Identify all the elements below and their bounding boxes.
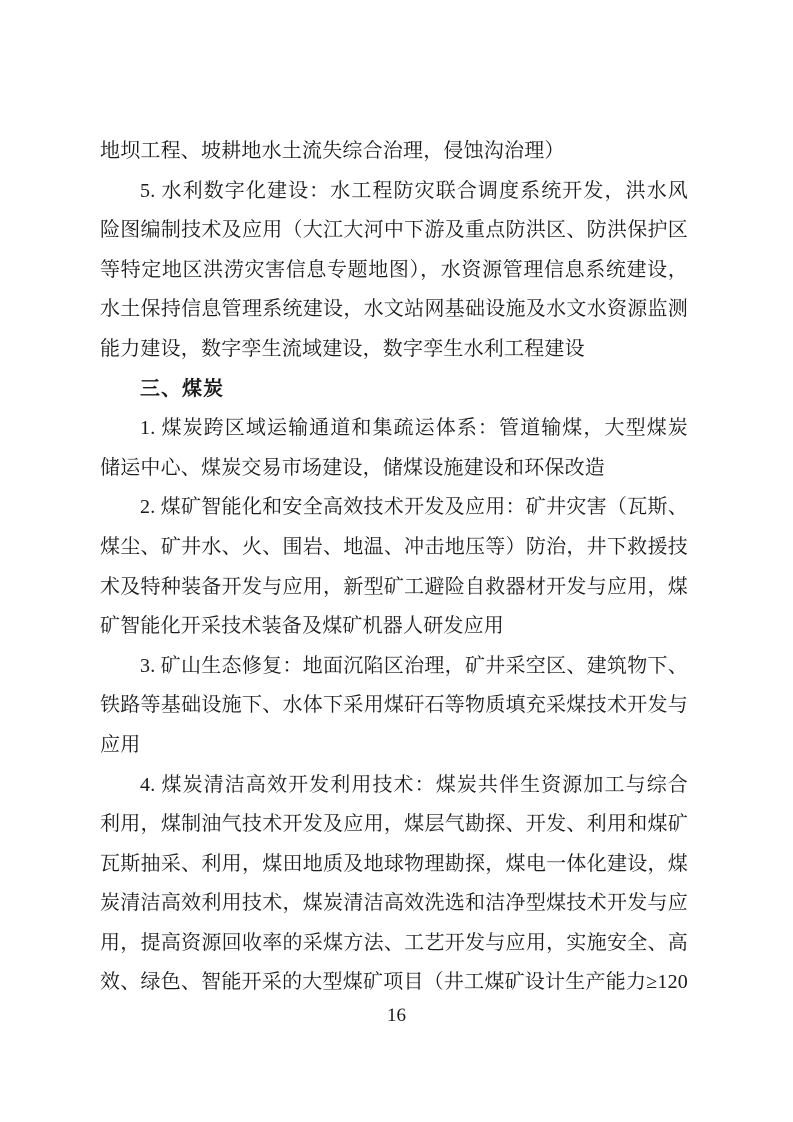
body-text-line: 应用 [100,726,688,766]
body-text-line: 等特定地区洪涝灾害信息专题地图），水资源管理信息系统建设， [100,251,688,291]
body-text-line: 5. 水利数字化建设：水工程防灾联合调度系统开发，洪水风 [100,172,688,212]
body-text-line: 地坝工程、坡耕地水土流失综合治理，侵蚀沟治理） [100,132,688,172]
section-heading: 三、煤炭 [100,370,688,410]
document-text-block: 地坝工程、坡耕地水土流失综合治理，侵蚀沟治理）5. 水利数字化建设：水工程防灾联… [100,132,688,1003]
page-number: 16 [0,1000,793,1032]
body-text-line: 炭清洁高效利用技术，煤炭清洁高效洗选和洁净型煤技术开发与应 [100,884,688,924]
body-text-line: 4. 煤炭清洁高效开发利用技术：煤炭共伴生资源加工与综合 [100,766,688,806]
body-text-line: 铁路等基础设施下、水体下采用煤矸石等物质填充采煤技术开发与 [100,686,688,726]
document-page: 地坝工程、坡耕地水土流失综合治理，侵蚀沟治理）5. 水利数字化建设：水工程防灾联… [0,0,793,1122]
body-text-line: 效、绿色、智能开采的大型煤矿项目（井工煤矿设计生产能力≥120 [100,963,688,1003]
body-text-line: 瓦斯抽采、利用，煤田地质及地球物理勘探，煤电一体化建设，煤 [100,845,688,885]
body-text-line: 1. 煤炭跨区域运输通道和集疏运体系：管道输煤，大型煤炭 [100,409,688,449]
body-text-line: 储运中心、煤炭交易市场建设，储煤设施建设和环保改造 [100,449,688,489]
body-text-line: 煤尘、矿井水、火、围岩、地温、冲击地压等）防治，井下救援技 [100,528,688,568]
body-text-line: 2. 煤矿智能化和安全高效技术开发及应用：矿井灾害（瓦斯、 [100,488,688,528]
body-text-line: 能力建设，数字孪生流域建设，数字孪生水利工程建设 [100,330,688,370]
body-text-line: 用，提高资源回收率的采煤方法、工艺开发与应用，实施安全、高 [100,924,688,964]
body-text-line: 3. 矿山生态修复：地面沉陷区治理，矿井采空区、建筑物下、 [100,647,688,687]
body-text-line: 术及特种装备开发与应用，新型矿工避险自救器材开发与应用，煤 [100,568,688,608]
body-text-line: 利用，煤制油气技术开发及应用，煤层气勘探、开发、利用和煤矿 [100,805,688,845]
body-text-line: 险图编制技术及应用（大江大河中下游及重点防洪区、防洪保护区 [100,211,688,251]
body-text-line: 矿智能化开采技术装备及煤矿机器人研发应用 [100,607,688,647]
body-text-line: 水土保持信息管理系统建设，水文站网基础设施及水文水资源监测 [100,290,688,330]
